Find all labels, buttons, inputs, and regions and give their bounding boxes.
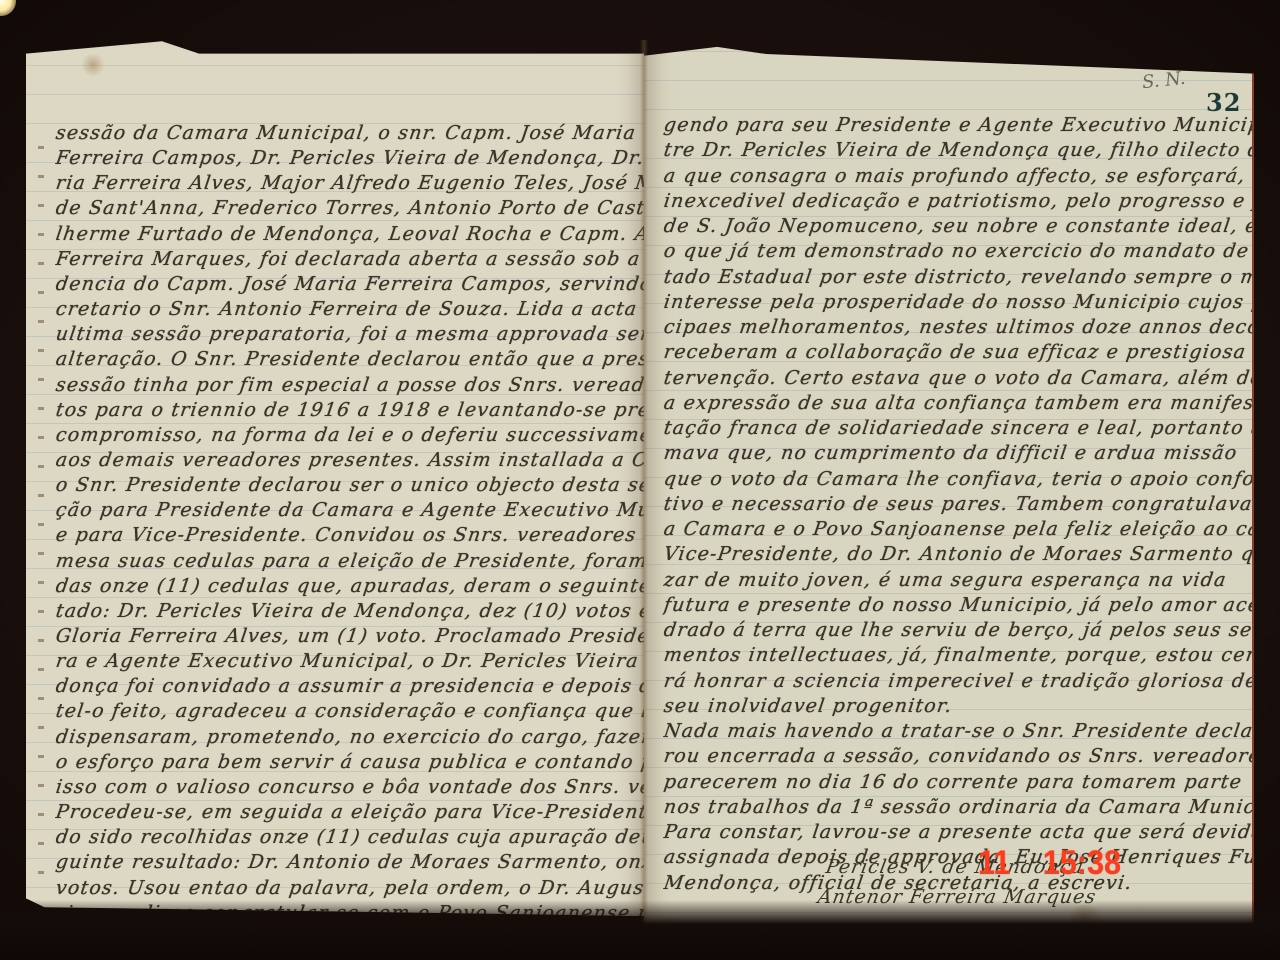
handwritten-line: tre Dr. Pericles Vieira de Mendonça que,…	[662, 139, 1254, 161]
page-number: 32	[1206, 88, 1241, 117]
book-spine-gutter	[640, 40, 648, 940]
handwritten-line: ria Ferreira Alves, Major Alfredo Eugeni…	[54, 172, 644, 194]
handwritten-line: donça foi convidado a assumir a presiden…	[54, 675, 644, 697]
left-margin-ticks	[38, 120, 44, 880]
handwritten-line: a Camara e o Povo Sanjoanense pela feliz…	[662, 518, 1254, 540]
handwritten-line: drado á terra que lhe serviu de berço, j…	[662, 619, 1254, 641]
timestamp-time: 15:38	[1043, 844, 1121, 882]
table-shadow	[0, 900, 1280, 960]
handwritten-line: mentos intellectuaes, já, finalmente, po…	[662, 644, 1254, 666]
handwritten-line: seu inolvidavel progenitor.	[662, 695, 954, 717]
handwritten-line: mesa suas cedulas para a eleição de Pres…	[54, 550, 644, 572]
handwritten-line: Nada mais havendo a tratar-se o Snr. Pre…	[662, 720, 1254, 742]
camera-flash-reflection	[0, 0, 16, 16]
handwritten-line: de Sant'Anna, Frederico Torres, Antonio …	[54, 197, 644, 219]
handwritten-line: das onze (11) cedulas que, apuradas, der…	[54, 575, 644, 597]
handwritten-line: parecerem no dia 16 do corrente para tom…	[662, 771, 1243, 793]
handwritten-line: do sido recolhidas onze (11) cedulas cuj…	[54, 826, 644, 848]
handwritten-line: de S. João Nepomuceno, seu nobre e const…	[662, 215, 1254, 237]
handwritten-line: Gloria Ferreira Alves, um (1) voto. Proc…	[54, 625, 644, 647]
camera-date-stamp: 1115:38	[978, 844, 1121, 883]
handwritten-line: gendo para seu Presidente e Agente Execu…	[662, 114, 1254, 136]
handwritten-line: ultima sessão preparatoria, foi a mesma …	[54, 323, 644, 345]
handwritten-line: sessão tinha por fim especial a posse do…	[54, 374, 644, 396]
handwritten-line: mava que, no cumprimento da difficil e a…	[662, 442, 1239, 464]
handwritten-line: cretario o Snr. Antonio Ferreira de Souz…	[54, 298, 644, 320]
right-page: gendo para seu Presidente e Agente Execu…	[644, 38, 1254, 928]
paper-stain	[82, 52, 104, 78]
handwritten-line: o que já tem demonstrado no exercicio do…	[662, 240, 1254, 262]
handwritten-line: tel-o feito, agradeceu a consideração e …	[54, 700, 644, 722]
handwritten-line: guinte resultado: Dr. Antonio de Moraes …	[54, 851, 644, 873]
handwritten-line: zar de muito joven, é uma segura esperan…	[662, 569, 1228, 591]
handwritten-line: dispensaram, prometendo, no exercicio do…	[54, 726, 644, 748]
handwritten-line: cipaes melhoramentos, nestes ultimos doz…	[662, 316, 1254, 338]
handwritten-line: Para constar, lavrou-se a presente acta …	[662, 821, 1254, 843]
handwritten-line: Ferreira Marques, foi declarada aberta a…	[54, 248, 644, 270]
handwritten-line: tação franca de solidariedade sincera e …	[662, 417, 1254, 439]
handwritten-line: sessão da Camara Municipal, o snr. Capm.…	[54, 122, 637, 144]
handwritten-line: o Snr. Presidente declarou ser o unico o…	[54, 474, 644, 496]
open-ledger-photo: sessão da Camara Municipal, o snr. Capm.…	[0, 0, 1280, 960]
timestamp-day: 11	[978, 844, 1010, 882]
handwritten-line: rá honrar a sciencia imperecivel e tradi…	[662, 670, 1254, 692]
handwritten-line: Vice-Presidente, do Dr. Antonio de Morae…	[662, 543, 1254, 565]
handwritten-line: o esforço para bem servir á causa public…	[54, 751, 644, 773]
handwritten-line: e para Vice-Presidente. Convidou os Snrs…	[54, 524, 644, 546]
handwritten-line: a expressão de sua alta confiança tambem…	[662, 392, 1254, 414]
handwritten-line: ra e Agente Executivo Municipal, o Dr. P…	[54, 650, 644, 672]
handwritten-line: Procedeu-se, em seguida a eleição para V…	[54, 801, 644, 823]
handwritten-line: tado Estadual por este districto, revela…	[662, 266, 1254, 288]
handwritten-line: dencia do Capm. José Maria Ferreira Camp…	[54, 273, 644, 295]
handwritten-line: lherme Furtado de Mendonça, Leoval Rocha…	[54, 223, 644, 245]
handwritten-line: receberam a collaboração de sua efficaz …	[662, 341, 1254, 363]
handwritten-line: tervenção. Certo estava que o voto da Ca…	[662, 367, 1254, 389]
handwritten-line: que o voto da Camara lhe confiava, teria…	[662, 468, 1254, 490]
left-page: sessão da Camara Municipal, o snr. Capm.…	[26, 36, 644, 916]
handwritten-line: a que consagra o mais profundo affecto, …	[662, 165, 1254, 187]
handwritten-line: nos trabalhos da 1ª sessão ordinaria da …	[662, 796, 1254, 818]
handwritten-line: votos. Usou entao da palavra, pela ordem…	[54, 877, 644, 899]
handwritten-line: ção para Presidente da Camara e Agente E…	[54, 499, 644, 521]
handwritten-line: tivo e necessario de seus pares. Tambem …	[662, 493, 1254, 515]
handwritten-line: compromisso, na forma da lei e o deferiu…	[54, 424, 644, 446]
handwritten-line: alteração. O Snr. Presidente declarou en…	[54, 348, 644, 370]
handwritten-line: inexcedivel dedicação e patriotismo, pel…	[662, 190, 1254, 212]
handwritten-line: tado: Dr. Pericles Vieira de Mendonça, d…	[54, 600, 644, 622]
handwritten-line: isso com o valioso concurso e bôa vontad…	[54, 776, 644, 798]
handwritten-line: tos para o triennio de 1916 a 1918 e lev…	[54, 399, 644, 421]
handwritten-line: Ferreira Campos, Dr. Pericles Vieira de …	[54, 147, 644, 169]
handwritten-line: rou encerrada a sessão, convidando os Sn…	[662, 745, 1254, 767]
handwritten-line: interesse pela prosperidade do nosso Mun…	[662, 291, 1254, 313]
handwritten-line: futura e presente do nosso Municipio, já…	[662, 594, 1254, 616]
handwritten-line: aos demais vereadores presentes. Assim i…	[54, 449, 644, 471]
